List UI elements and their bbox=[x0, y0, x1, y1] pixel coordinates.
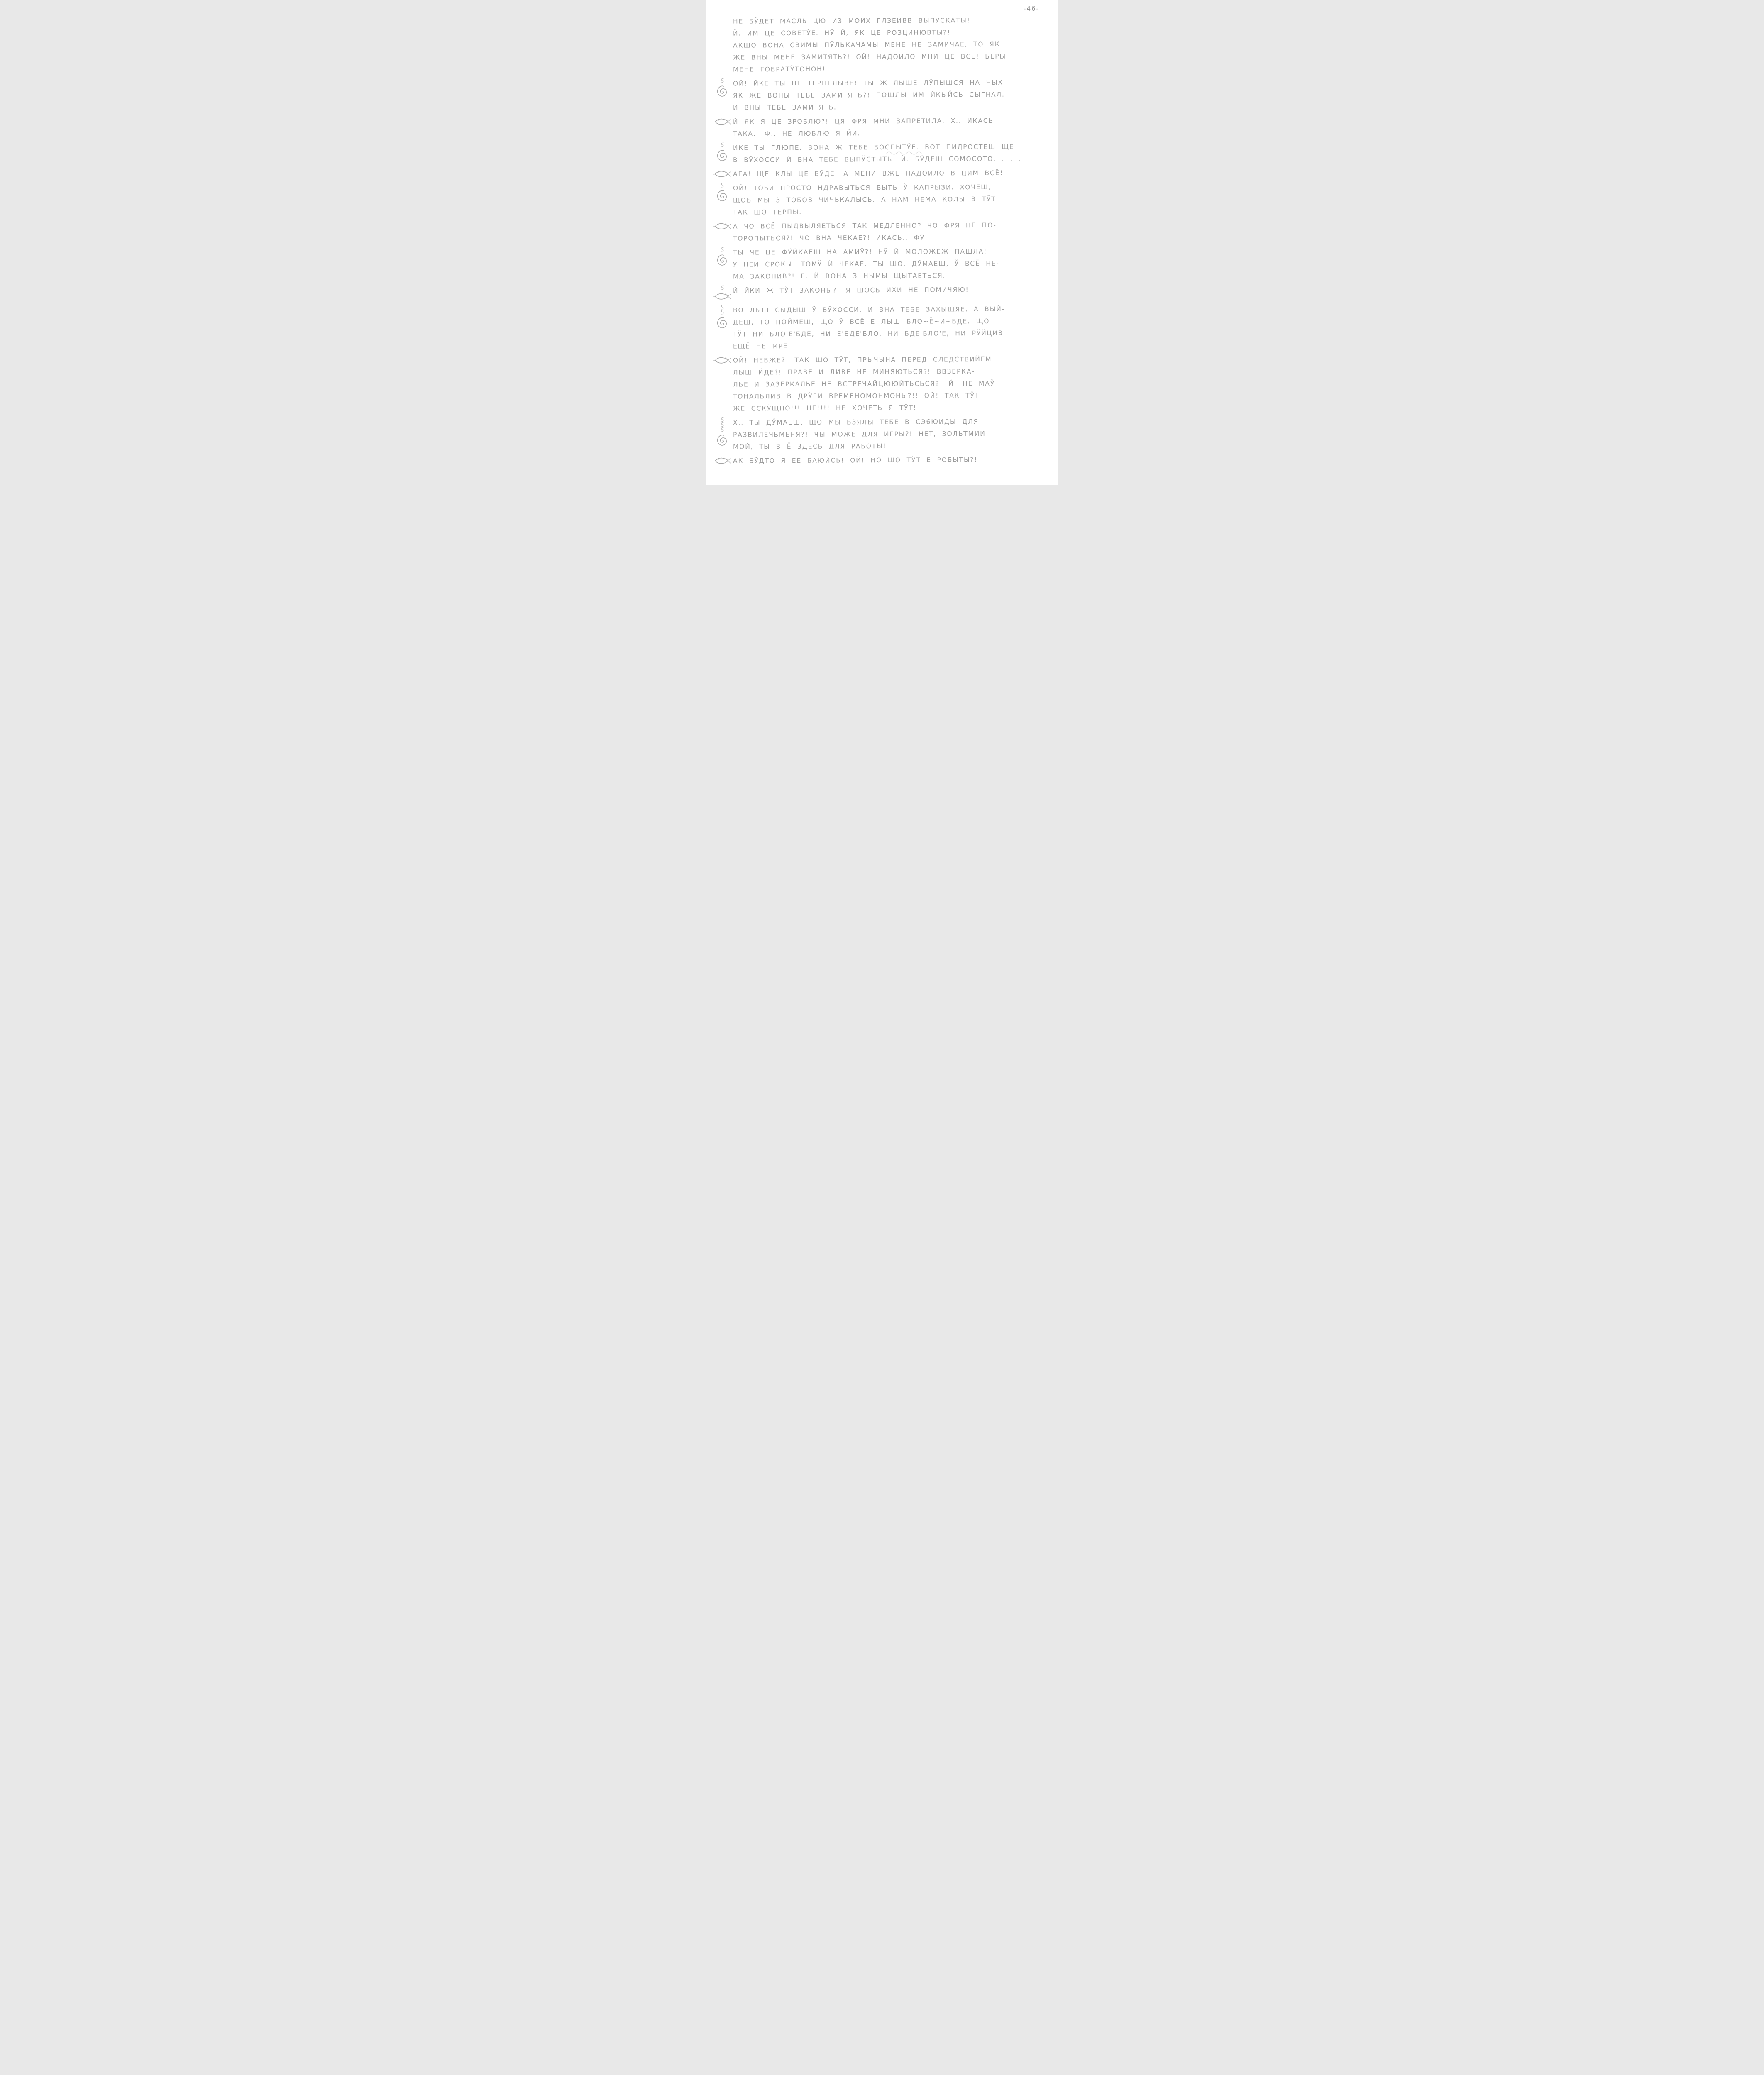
dialogue-turn: ОЙ! ТОБИ ПРОСТО НДРАВЫТЬСЯ БЫТЬ Ў КАПРЫЗ… bbox=[711, 182, 1042, 218]
s-squiggle-icon bbox=[720, 247, 725, 253]
speaker-marker-column bbox=[711, 142, 733, 162]
dialogue-area: НЕ БЎДЕТ МАСЛЬ ЦЮ ИЗ МОИХ ГЛЗЕИВВ ВЫПЎСК… bbox=[711, 15, 1042, 466]
dialogue-text: ОЙ! ЙКЕ ТЫ НЕ ТЕРПЕЛЫВЕ! ТЫ Ж ЛЫШЕ ЛЎПЫШ… bbox=[733, 77, 1042, 113]
s-squiggle-icon bbox=[720, 305, 725, 315]
handwritten-line: ЖЕ ССКЎЩНО!!! НЕ!!!! НЕ ХОЧЕТЬ Я ТЎТ! bbox=[733, 401, 1042, 415]
fish-doodle-icon bbox=[713, 455, 732, 466]
spiral-doodle-icon bbox=[715, 253, 729, 267]
speaker-marker-column bbox=[711, 182, 733, 203]
handwritten-line: Й ЙКИ Ж ТЎТ ЗАКОНЫ?! Я ШОСЬ ИХИ НЕ ПОМИЧ… bbox=[733, 283, 1042, 297]
handwritten-line: Ў НЕИ СРОКЫ. ТОМЎ Й ЧЕКАЕ. ТЫ ШО, ДЎМАЕШ… bbox=[733, 257, 1042, 271]
speaker-marker-column bbox=[711, 284, 733, 302]
handwritten-line: МОЙ, ТЫ В Ё ЗДЕСЬ ДЛЯ РАБОТЫ! bbox=[733, 439, 1042, 453]
spiral-doodle-icon bbox=[715, 433, 729, 447]
handwritten-line: МЕНЕ ГОБРАТЎТОНОН! bbox=[733, 62, 1042, 76]
spiral-doodle-icon bbox=[715, 148, 729, 162]
s-squiggle-icon bbox=[720, 285, 725, 291]
dialogue-turn: ВО ЛЫШ СЫДЫШ Ў ВЎХОССИ. И ВНА ТЕБЕ ЗАХЫЩ… bbox=[711, 304, 1042, 352]
dialogue-text: Й ЙКИ Ж ТЎТ ЗАКОНЫ?! Я ШОСЬ ИХИ НЕ ПОМИЧ… bbox=[733, 284, 1042, 296]
s-squiggle-icon bbox=[720, 142, 725, 148]
speaker-marker-column bbox=[711, 115, 733, 127]
dialogue-turn: Х.. ТЫ ДЎМАЕШ, ЩО МЫ ВЗЯЛЫ ТЕБЕ В СЭ6ЮИД… bbox=[711, 416, 1042, 452]
dialogue-text: А ЧО ВСЁ ПЫДВЫЛЯЕТЬСЯ ТАК МЕДЛЕННО? ЧО Ф… bbox=[733, 220, 1042, 244]
speaker-marker-column bbox=[711, 304, 733, 330]
handwritten-line: МА ЗАКОНИВ?! Е. Й ВОНА З НЫМЫ ЩЫТАЕТЬСЯ. bbox=[733, 269, 1042, 283]
speaker-marker-column bbox=[711, 220, 733, 232]
handwritten-line: Й. ИМ ЦЕ СОВЕТЎЕ. НЎ Й, ЯК ЦЕ РОЗЦИНЮВТЫ… bbox=[733, 26, 1042, 39]
speaker-marker-column bbox=[711, 454, 733, 466]
handwritten-line: ДЕШ, ТО ПОЙМЕШ, ЩО Ў ВСЁ Е ЛЫШ БЛО~Ё~И~Б… bbox=[733, 315, 1042, 328]
handwritten-line: ОЙ! ЙКЕ ТЫ НЕ ТЕРПЕЛЫВЕ! ТЫ Ж ЛЫШЕ ЛЎПЫШ… bbox=[733, 76, 1042, 90]
speaker-marker-column bbox=[711, 15, 733, 16]
handwritten-line: И ВНЫ ТЕБЕ ЗАМИТЯТЬ. bbox=[733, 100, 1042, 114]
handwritten-line: А ЧО ВСЁ ПЫДВЫЛЯЕТЬСЯ ТАК МЕДЛЕННО? ЧО Ф… bbox=[733, 219, 1042, 232]
fish-doodle-icon bbox=[713, 355, 732, 366]
s-squiggle-icon bbox=[720, 417, 725, 433]
spiral-doodle-icon bbox=[715, 315, 729, 330]
handwritten-page: -46- НЕ БЎДЕТ МАСЛЬ ЦЮ ИЗ МОИХ ГЛЗЕИВВ В… bbox=[706, 0, 1058, 485]
dialogue-turn: АК БЎДТО Я ЕЕ БАЮЙСЬ! ОЙ! НО ШО ТЎТ Е РО… bbox=[711, 454, 1042, 466]
handwritten-line: ТОНАЛЬЛИВ В ДРЎГИ ВРЕМЕНОМОНМОНЫ?!! ОЙ! … bbox=[733, 389, 1042, 403]
handwritten-line: ЯК ЖЕ ВОНЫ ТЕБЕ ЗАМИТЯТЬ?! ПОШЛЫ ИМ ЙКЫЙ… bbox=[733, 88, 1042, 102]
handwritten-line: ЩОБ МЫ З ТОБОВ ЧИЧЬКАЛЫСЬ. А НАМ НЕМА КО… bbox=[733, 193, 1042, 206]
dialogue-turn: ТЫ ЧЕ ЦЕ ФЎЙКАЕШ НА АМИЎ?! НЎ Й МОЛОЖЕЖ … bbox=[711, 246, 1042, 282]
speaker-marker-column bbox=[711, 168, 733, 179]
dialogue-turn: ОЙ! ЙКЕ ТЫ НЕ ТЕРПЕЛЫВЕ! ТЫ Ж ЛЫШЕ ЛЎПЫШ… bbox=[711, 77, 1042, 113]
handwritten-line: Й ЯК Я ЦЕ ЗРОБЛЮ?! ЦЯ ФРЯ МНИ ЗАПРЕТИЛА.… bbox=[733, 115, 1042, 128]
handwritten-line: НЕ БЎДЕТ МАСЛЬ ЦЮ ИЗ МОИХ ГЛЗЕИВВ ВЫПЎСК… bbox=[733, 14, 1042, 27]
dialogue-text: ОЙ! ТОБИ ПРОСТО НДРАВЫТЬСЯ БЫТЬ Ў КАПРЫЗ… bbox=[733, 182, 1042, 218]
dialogue-text: Й ЯК Я ЦЕ ЗРОБЛЮ?! ЦЯ ФРЯ МНИ ЗАПРЕТИЛА.… bbox=[733, 115, 1042, 139]
handwritten-line: ТЎТ НИ БЛО'Е'БДЕ, НИ Е'БДЕ'БЛО, НИ БДЕ'Б… bbox=[733, 327, 1042, 340]
handwritten-line: ОЙ! НЕВЖЕ?! ТАК ШО ТЎТ, ПРЫЧЫНА ПЕРЕД СЛ… bbox=[733, 353, 1042, 366]
handwritten-line: ВО ЛЫШ СЫДЫШ Ў ВЎХОССИ. И ВНА ТЕБЕ ЗАХЫЩ… bbox=[733, 303, 1042, 316]
spiral-doodle-icon bbox=[715, 84, 729, 98]
speaker-marker-column bbox=[711, 354, 733, 366]
speaker-marker-column bbox=[711, 416, 733, 447]
dialogue-turn: ОЙ! НЕВЖЕ?! ТАК ШО ТЎТ, ПРЫЧЫНА ПЕРЕД СЛ… bbox=[711, 354, 1042, 414]
handwritten-line: ЖЕ ВНЫ МЕНЕ ЗАМИТЯТЬ?! ОЙ! НАДОИЛО МНИ Ц… bbox=[733, 50, 1042, 63]
dialogue-turn: НЕ БЎДЕТ МАСЛЬ ЦЮ ИЗ МОИХ ГЛЗЕИВВ ВЫПЎСК… bbox=[711, 15, 1042, 75]
handwritten-line: ЛЬЕ И ЗАЗЕРКАЛЬЕ НЕ ВСТРЕЧАЙЦЮЮЙТЬСЬСЯ?!… bbox=[733, 377, 1042, 391]
handwritten-line: ТАКА.. Ф.. НЕ ЛЮБЛЮ Я ЙИ. bbox=[733, 127, 1042, 140]
faint-pencil-scribble bbox=[886, 150, 926, 156]
s-squiggle-icon bbox=[720, 78, 725, 84]
handwritten-line: РАЗВИЛЕЧЬМЕНЯ?! ЧЫ МОЖЕ ДЛЯ ИГРЫ?! НЕТ, … bbox=[733, 427, 1042, 441]
dialogue-turn: Й ЯК Я ЦЕ ЗРОБЛЮ?! ЦЯ ФРЯ МНИ ЗАПРЕТИЛА.… bbox=[711, 115, 1042, 139]
handwritten-line: ОЙ! ТОБИ ПРОСТО НДРАВЫТЬСЯ БЫТЬ Ў КАПРЫЗ… bbox=[733, 181, 1042, 194]
fish-doodle-icon bbox=[713, 116, 732, 127]
handwritten-line: АК БЎДТО Я ЕЕ БАЮЙСЬ! ОЙ! НО ШО ТЎТ Е РО… bbox=[733, 454, 1042, 467]
page-number: -46- bbox=[1024, 5, 1039, 12]
handwritten-line: ТОРОПЫТЬСЯ?! ЧО ВНА ЧЕКАЕ?! ИКАСЬ.. ФЎ! bbox=[733, 231, 1042, 244]
fish-doodle-icon bbox=[713, 221, 732, 232]
dialogue-turn: А ЧО ВСЁ ПЫДВЫЛЯЕТЬСЯ ТАК МЕДЛЕННО? ЧО Ф… bbox=[711, 220, 1042, 244]
handwritten-line: АКШО ВОНА СВИМЫ ПЎЛЬКАЧАМЫ МЕНЕ НЕ ЗАМИЧ… bbox=[733, 38, 1042, 51]
spiral-doodle-icon bbox=[715, 188, 729, 203]
speaker-marker-column bbox=[711, 77, 733, 98]
dialogue-turn: ИКЕ ТЫ ГЛЮПЕ. ВОНА Ж ТЕБЕ ВОСПЫТЎЕ. ВОТ … bbox=[711, 142, 1042, 166]
dialogue-text: Х.. ТЫ ДЎМАЕШ, ЩО МЫ ВЗЯЛЫ ТЕБЕ В СЭ6ЮИД… bbox=[733, 416, 1042, 452]
dialogue-text: НЕ БЎДЕТ МАСЛЬ ЦЮ ИЗ МОИХ ГЛЗЕИВВ ВЫПЎСК… bbox=[733, 15, 1042, 75]
handwritten-line: ТЫ ЧЕ ЦЕ ФЎЙКАЕШ НА АМИЎ?! НЎ Й МОЛОЖЕЖ … bbox=[733, 245, 1042, 259]
fish-doodle-icon bbox=[713, 168, 732, 179]
dialogue-text: АГА! ЩЕ КЛЫ ЦЕ БЎДЕ. А МЕНИ ВЖЕ НАДОИЛО … bbox=[733, 168, 1042, 180]
dialogue-text: ОЙ! НЕВЖЕ?! ТАК ШО ТЎТ, ПРЫЧЫНА ПЕРЕД СЛ… bbox=[733, 354, 1042, 414]
handwritten-line: АГА! ЩЕ КЛЫ ЦЕ БЎДЕ. А МЕНИ ВЖЕ НАДОИЛО … bbox=[733, 167, 1042, 180]
dialogue-turn: АГА! ЩЕ КЛЫ ЦЕ БЎДЕ. А МЕНИ ВЖЕ НАДОИЛО … bbox=[711, 168, 1042, 180]
fish-doodle-icon bbox=[713, 291, 732, 302]
handwritten-line: ЕЩЁ НЕ МРЕ. bbox=[733, 339, 1042, 352]
handwritten-line: ЛЫШ ЙДЕ?! ПРАВЕ И ЛИВЕ НЕ МИНЯЮТЬСЯ?! ВВ… bbox=[733, 365, 1042, 378]
handwritten-line: Х.. ТЫ ДЎМАЕШ, ЩО МЫ ВЗЯЛЫ ТЕБЕ В СЭ6ЮИД… bbox=[733, 415, 1042, 429]
speaker-marker-column bbox=[711, 246, 733, 267]
s-squiggle-icon bbox=[720, 183, 725, 188]
dialogue-text: АК БЎДТО Я ЕЕ БАЮЙСЬ! ОЙ! НО ШО ТЎТ Е РО… bbox=[733, 454, 1042, 466]
dialogue-turn: Й ЙКИ Ж ТЎТ ЗАКОНЫ?! Я ШОСЬ ИХИ НЕ ПОМИЧ… bbox=[711, 284, 1042, 302]
handwritten-line: ТАК ШО ТЕРПЫ. bbox=[733, 205, 1042, 218]
dialogue-text: ВО ЛЫШ СЫДЫШ Ў ВЎХОССИ. И ВНА ТЕБЕ ЗАХЫЩ… bbox=[733, 304, 1042, 352]
dialogue-text: ТЫ ЧЕ ЦЕ ФЎЙКАЕШ НА АМИЎ?! НЎ Й МОЛОЖЕЖ … bbox=[733, 246, 1042, 282]
